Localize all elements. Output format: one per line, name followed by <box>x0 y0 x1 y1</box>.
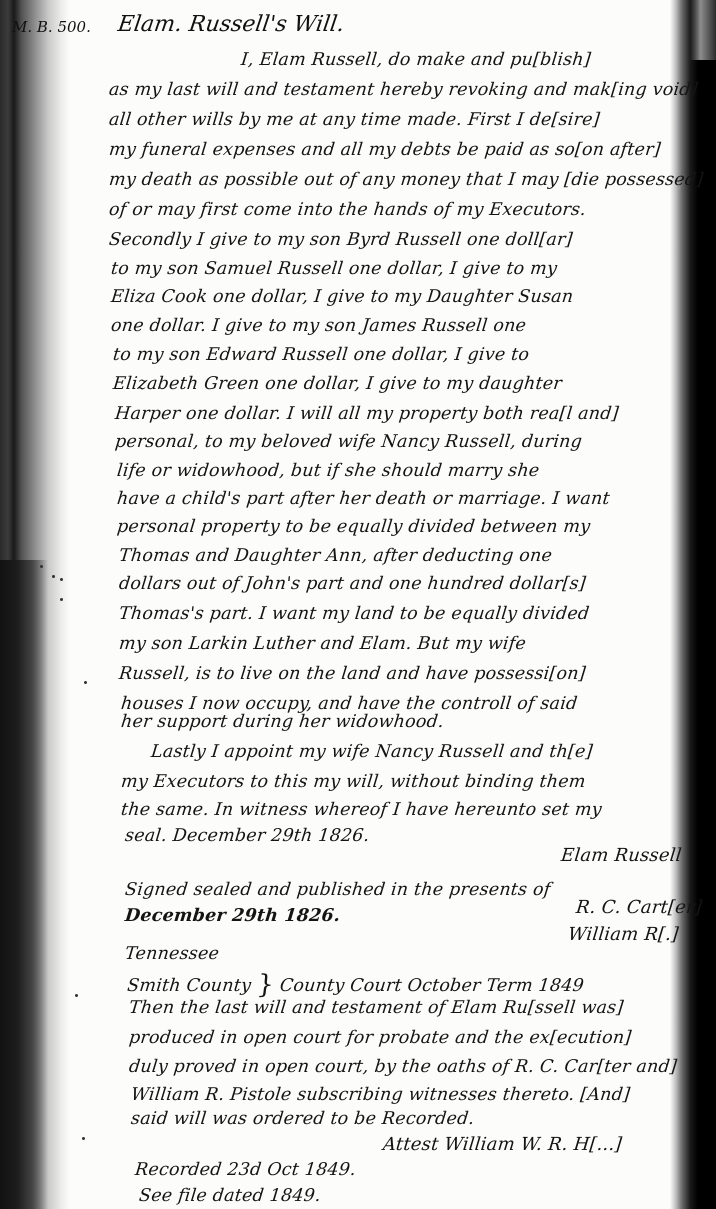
will-line: Elizabeth Green one dollar, I give to my… <box>112 374 563 394</box>
will-line: of or may first come into the hands of m… <box>108 200 587 220</box>
margin-reference: M. B. 500. <box>12 18 91 36</box>
probate-state: Tennessee <box>124 944 220 964</box>
will-line: Secondly I give to my son Byrd Russell o… <box>108 230 574 250</box>
probate-line: duly proved in open court, by the oaths … <box>128 1057 678 1077</box>
will-line: as my last will and testament hereby rev… <box>108 80 699 100</box>
will-line: all other wills by me at any time made. … <box>108 110 601 130</box>
will-line: personal, to my beloved wife Nancy Russe… <box>114 432 583 452</box>
right-edge-shadow-top <box>690 0 716 60</box>
will-line: my Executors to this my will, without bi… <box>120 772 587 792</box>
document-title: Elam. Russell's Will. <box>116 12 346 37</box>
brace-icon: } <box>256 970 276 1000</box>
probate-county: Smith County <box>126 976 252 996</box>
will-line: life or widowhood, but if she should mar… <box>116 461 540 481</box>
paper-speck <box>84 681 87 684</box>
will-line: one dollar. I give to my son James Russe… <box>110 316 527 336</box>
will-line: Harper one dollar. I will all my propert… <box>114 404 620 424</box>
probate-county-heading: Smith County}County Court October Term 1… <box>126 968 586 998</box>
testator-signature: Elam Russell <box>560 845 683 866</box>
see-file-note: See file dated 1849. <box>138 1186 322 1206</box>
will-line: to my son Samuel Russell one dollar, I g… <box>110 259 558 279</box>
will-line: personal property to be equally divided … <box>116 517 591 537</box>
paper-speck <box>60 578 63 581</box>
will-line: have a child's part after her death or m… <box>116 489 611 509</box>
attestation-date: December 29th 1826. <box>124 906 341 926</box>
left-binding-shadow-dark <box>0 560 48 1209</box>
will-line: my son Larkin Luther and Elam. But my wi… <box>118 634 527 654</box>
paper-speck <box>60 598 63 601</box>
probate-line: William R. Pistole subscribing witnesses… <box>130 1085 631 1105</box>
probate-line: produced in open court for probate and t… <box>128 1028 632 1048</box>
scanned-will-page: M. B. 500. Elam. Russell's Will. I, Elam… <box>0 0 716 1209</box>
recorded-date: Recorded 23d Oct 1849. <box>134 1160 357 1180</box>
witness-signature-2: William R[.] <box>567 924 680 945</box>
will-line: to my son Edward Russell one dollar, I g… <box>112 345 530 365</box>
will-line: Russell, is to live on the land and have… <box>118 664 587 684</box>
will-line: seal. December 29th 1826. <box>124 826 370 846</box>
paper-speck <box>75 994 78 997</box>
probate-court-heading: County Court October Term 1849 <box>279 976 585 996</box>
will-line: I, Elam Russell, do make and pu[blish] <box>240 50 592 70</box>
probate-line: Then the last will and testament of Elam… <box>128 998 624 1018</box>
probate-line: said will was ordered to be Recorded. <box>130 1109 475 1129</box>
attestation-line: Signed sealed and published in the prese… <box>124 880 551 900</box>
paper-speck <box>82 1137 85 1140</box>
will-line: her support during her widowhood. <box>120 712 445 732</box>
will-line: houses I now occupy, and have the contro… <box>120 694 578 714</box>
will-line: Thomas's part. I want my land to be equa… <box>118 604 590 624</box>
will-line: Thomas and Daughter Ann, after deducting… <box>118 546 553 566</box>
will-line: my funeral expenses and all my debts be … <box>108 140 662 160</box>
paper-speck <box>40 565 43 568</box>
will-line: dollars out of John's part and one hundr… <box>118 574 587 594</box>
will-line: the same. In witness whereof I have here… <box>120 800 603 820</box>
witness-signature-1: R. C. Cart[er] <box>575 897 703 918</box>
will-line: Eliza Cook one dollar, I give to my Daug… <box>110 287 574 307</box>
clerk-attest-signature: Attest William W. R. H[...] <box>382 1134 623 1155</box>
will-line: Lastly I appoint my wife Nancy Russell a… <box>150 742 594 762</box>
will-line: my death as possible out of any money th… <box>108 170 704 190</box>
paper-speck <box>52 575 55 578</box>
